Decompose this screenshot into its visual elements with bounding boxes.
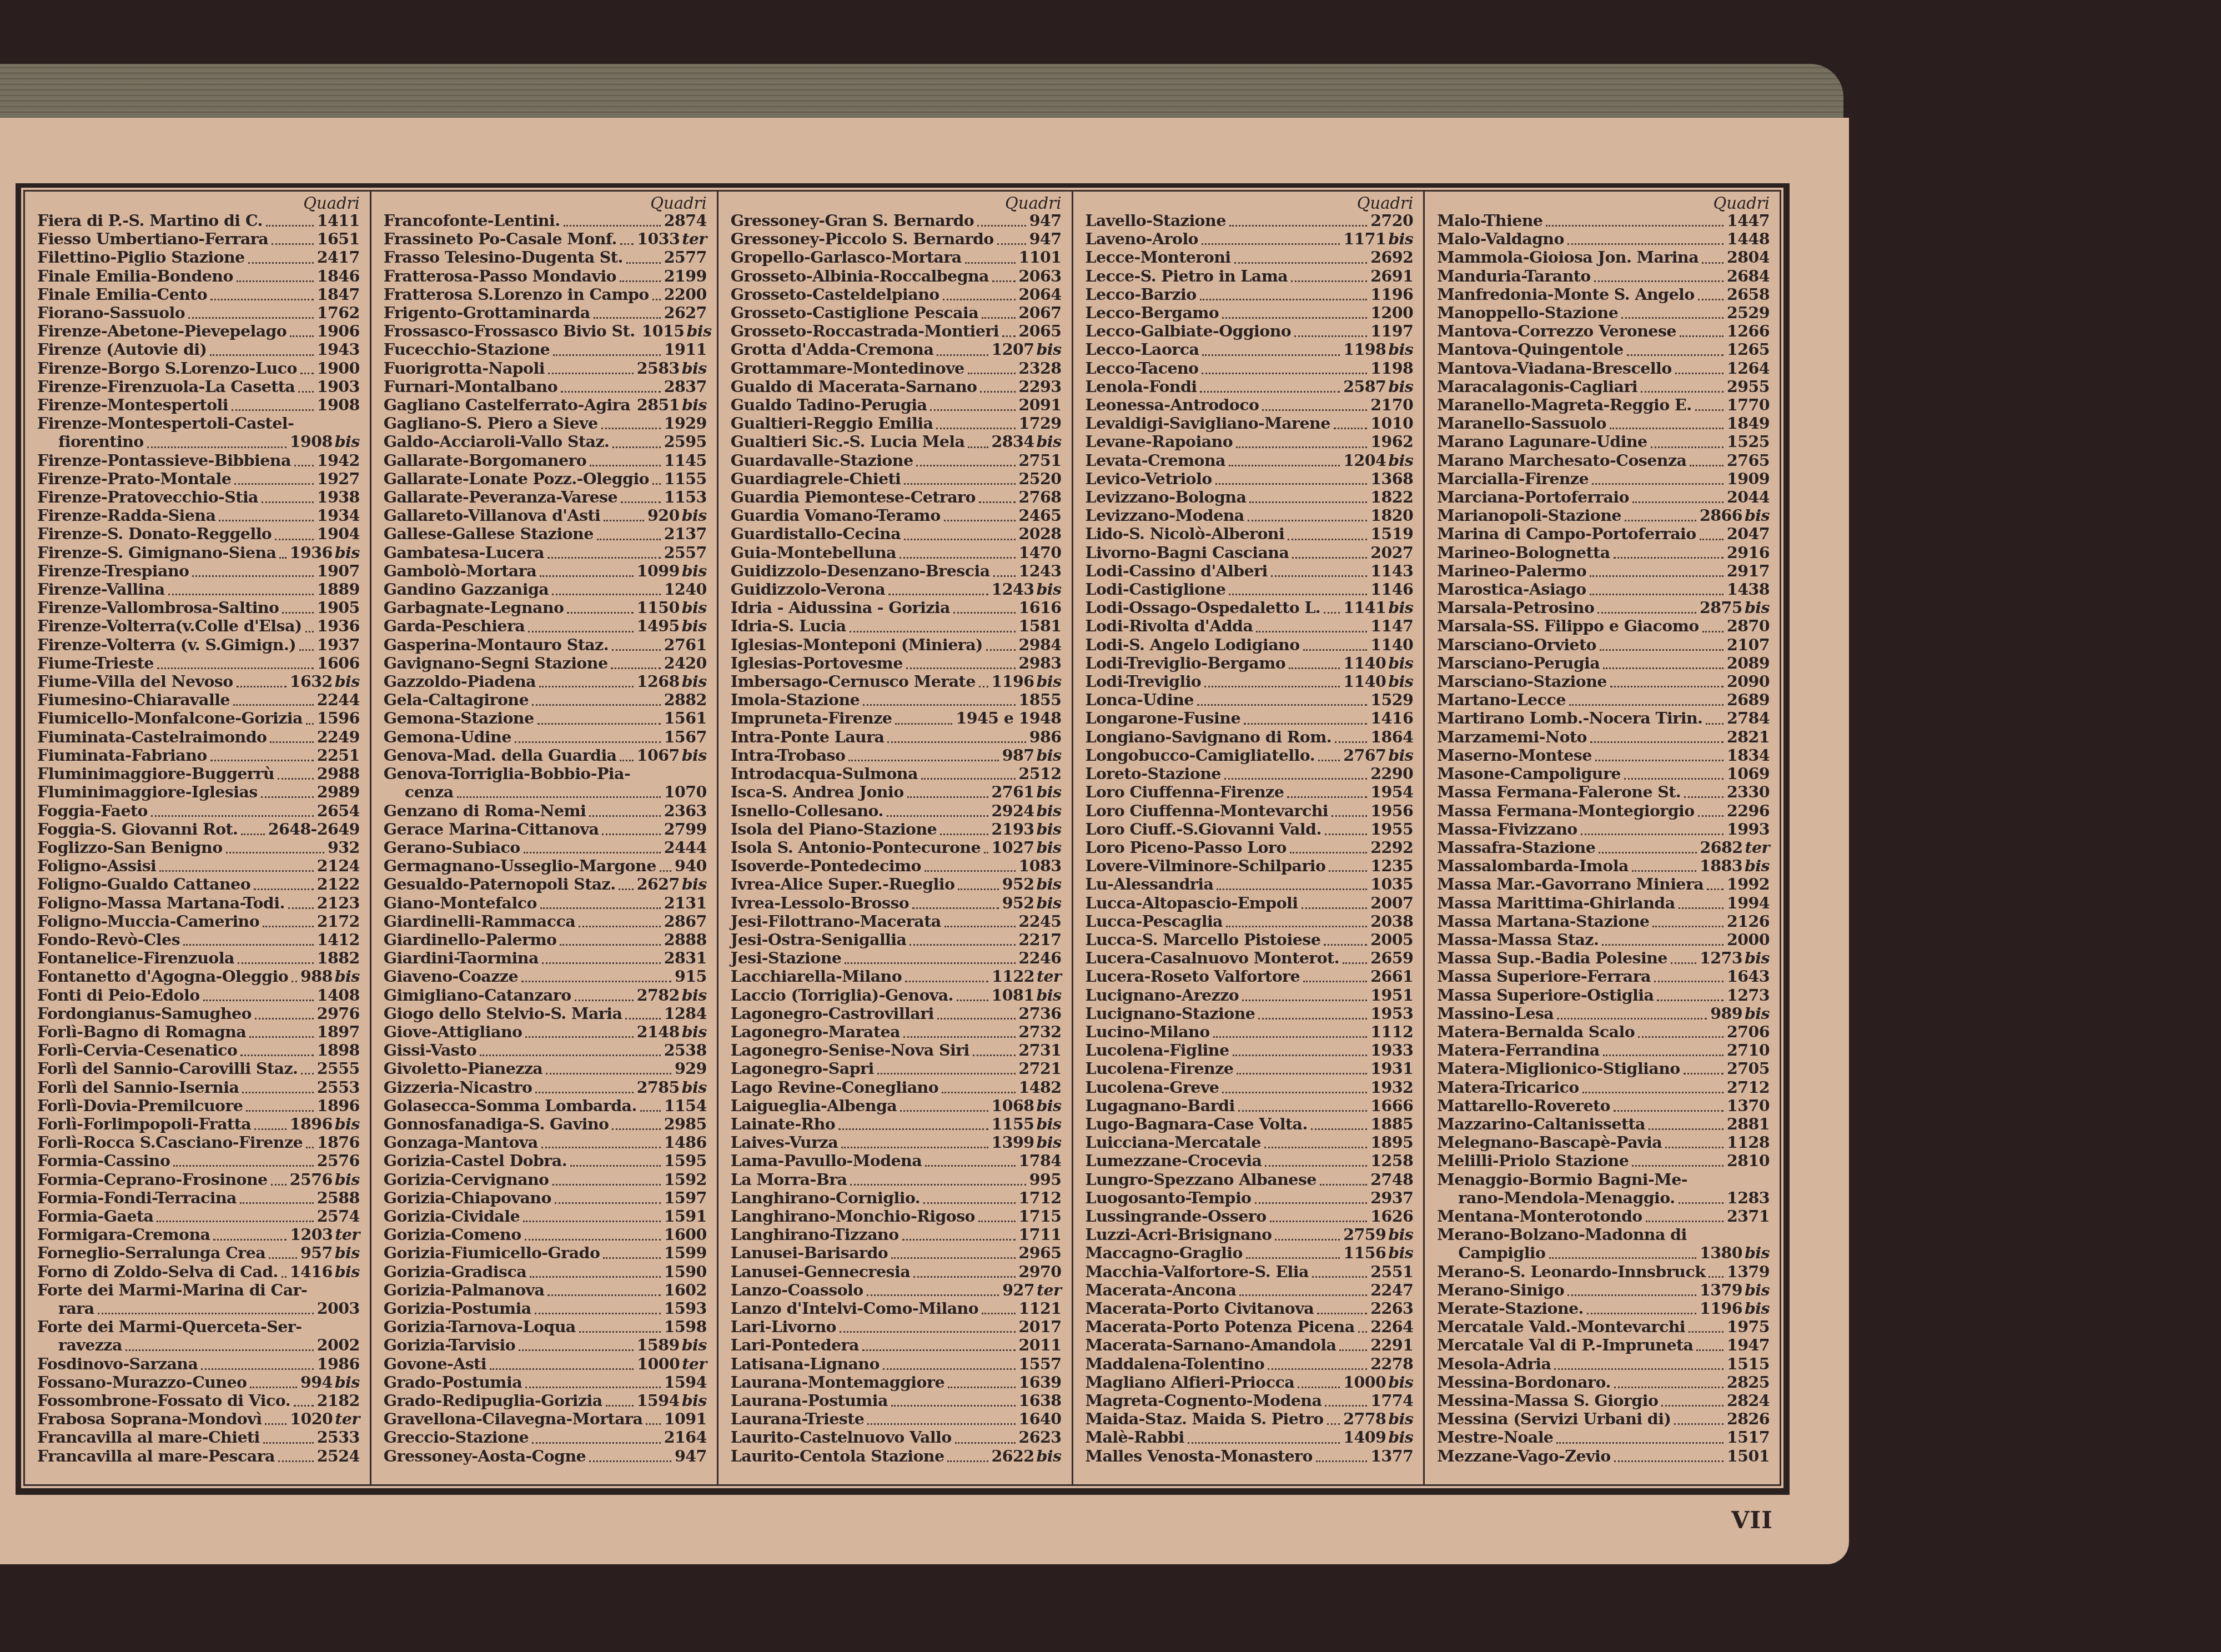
dot-leader	[895, 723, 952, 725]
dot-leader	[1292, 557, 1367, 559]
table-number: 1898	[317, 1041, 360, 1060]
table-number-value: 2583	[637, 359, 680, 378]
table-number-value: 2736	[1019, 1004, 1062, 1023]
index-entry: Fossano-Murazzo-Cuneo994bis	[37, 1373, 360, 1392]
index-column-4: QuadriLavello-Stazione2720Laveno-Arolo11…	[1073, 192, 1425, 1484]
dot-leader	[867, 1294, 999, 1296]
table-number-value: 1258	[1370, 1151, 1413, 1170]
table-number-value: 1975	[1727, 1317, 1770, 1336]
route-name: Lucignano-Stazione	[1086, 1005, 1255, 1023]
table-number: 2870	[1727, 617, 1770, 635]
index-entry: Marina di Campo-Portoferraio2047	[1437, 525, 1770, 543]
index-entry: Laives-Vurza1399bis	[731, 1133, 1062, 1152]
table-number-value: 2824	[1727, 1391, 1770, 1410]
index-entry: Giaveno-Coazze915	[384, 967, 707, 986]
table-number-suffix: bis	[1388, 229, 1413, 248]
dot-leader	[1709, 1276, 1723, 1278]
dot-leader	[912, 907, 999, 909]
route-name: Gimigliano-Catanzaro	[384, 986, 571, 1005]
index-entry: Mammola-Gioiosa Jon. Marina2804	[1437, 248, 1770, 267]
route-name: Manoppello-Stazione	[1437, 304, 1618, 322]
table-number: 1370	[1727, 1097, 1770, 1115]
dot-leader	[838, 1128, 988, 1130]
dot-leader	[1698, 815, 1723, 817]
table-number-suffix: bis	[335, 1373, 360, 1392]
table-number-value: 1934	[317, 506, 360, 525]
table-number-value: 2834	[992, 432, 1034, 451]
dot-leader	[525, 1239, 661, 1241]
table-number-value: 2924	[992, 801, 1034, 820]
table-number-value: 1943	[317, 340, 360, 359]
table-number: 1715	[1019, 1207, 1062, 1226]
dot-leader	[1557, 1018, 1707, 1020]
table-number: 2107	[1727, 636, 1770, 654]
index-entry: Gonnosfanadiga-S. Gavino2985	[384, 1115, 707, 1133]
dot-leader	[1707, 888, 1723, 890]
dot-leader	[979, 501, 1016, 503]
table-number: 1962	[1370, 433, 1413, 451]
route-name: Masone-Campoligure	[1437, 765, 1621, 783]
index-entry: Forlì-Forlimpopoli-Fratta1896bis	[37, 1115, 360, 1133]
route-name: Firenze-S. Donato-Reggello	[37, 525, 272, 543]
index-entry: Lucca-Pescaglia2038	[1086, 912, 1414, 931]
index-entry: Guardavalle-Stazione2751	[731, 451, 1062, 470]
dot-leader	[1329, 870, 1367, 872]
index-entry: Massa Fermana-Falerone St.2330	[1437, 783, 1770, 801]
table-number: 947	[675, 1447, 707, 1465]
table-number-suffix: ter	[335, 1409, 360, 1428]
route-name: Impruneta-Firenze	[731, 709, 892, 727]
table-number-value: 2661	[1370, 967, 1413, 986]
route-name: Guardistallo-Cecina	[731, 525, 901, 543]
table-number-value: 2595	[664, 432, 707, 451]
table-number: 2063	[1019, 267, 1062, 285]
dot-leader	[1671, 962, 1696, 964]
index-entry: Firenze-Volterra(v.Colle d'Elsa)1936	[37, 617, 360, 635]
table-number-value: 2804	[1727, 248, 1770, 267]
index-entry: Guardiagrele-Chieti2520	[731, 470, 1062, 488]
route-name: Forno di Zoldo-Selva di Cad.	[37, 1263, 278, 1281]
index-column-1: QuadriFiera di P.-S. Martino di C.1411Fi…	[25, 192, 371, 1484]
route-name: Mercatale Val di P.-Impruneta	[1437, 1336, 1693, 1354]
index-entry: Garbagnate-Legnano1150bis	[384, 599, 707, 617]
table-number-value: 2821	[1727, 727, 1770, 746]
table-number-value: 2784	[1727, 709, 1770, 727]
table-number: 1640	[1019, 1410, 1062, 1428]
route-name: Genzano di Roma-Nemi	[384, 802, 586, 820]
dot-leader	[1334, 428, 1368, 429]
table-number-value: 2245	[1019, 912, 1062, 931]
table-number: 1774	[1370, 1392, 1413, 1410]
table-number-value: 987	[1002, 746, 1034, 765]
route-name: Firenze-Pontassieve-Bibbiena	[37, 451, 291, 470]
dot-leader	[1661, 1405, 1723, 1407]
index-entry: Forte dei Marmi-Marina di Car-	[37, 1281, 360, 1299]
index-entry: Marianopoli-Stazione2866bis	[1437, 506, 1770, 525]
table-number-suffix: bis	[682, 506, 707, 525]
index-entry: Lago Revine-Conegliano1482	[731, 1078, 1062, 1097]
dot-leader	[1289, 667, 1340, 669]
route-name: Greccio-Stazione	[384, 1428, 529, 1447]
table-number: 1268bis	[637, 672, 707, 691]
index-entry: Guia-Montebelluna1470	[731, 544, 1062, 562]
route-name: Fossombrone-Fossato di Vico.	[37, 1392, 290, 1410]
index-entry: Firenze-Firenzuola-La Casetta1903	[37, 378, 360, 396]
table-number-value: 2684	[1727, 267, 1770, 285]
route-name: Formia-Cassino	[37, 1152, 170, 1170]
table-number: 2874	[664, 212, 707, 230]
table-number: 1153	[664, 488, 707, 506]
dot-leader	[1324, 944, 1367, 946]
table-number-value: 2985	[664, 1114, 707, 1133]
index-entry: Forlì del Sannio-Isernia2553	[37, 1078, 360, 1097]
dot-leader	[255, 1018, 314, 1020]
index-entry: Maserno-Montese1834	[1437, 746, 1770, 765]
route-name: Loro Ciuff.-S.Giovanni Vald.	[1086, 820, 1321, 838]
table-number: 1947	[1727, 1336, 1770, 1354]
dot-leader	[1689, 1331, 1723, 1333]
route-name: Firenze-Montespertoli	[37, 396, 228, 414]
dot-leader	[232, 409, 314, 411]
index-entry: Firenze-Prato-Montale1927	[37, 470, 360, 488]
route-name: Matera-Tricarico	[1437, 1078, 1579, 1097]
index-entry: Giardini-Taormina2831	[384, 949, 707, 967]
dot-leader	[1275, 1239, 1340, 1241]
table-number-value: 2363	[664, 801, 707, 820]
index-entry: Gagliano Castelferrato-Agira2851bis	[384, 396, 707, 414]
table-number: 2768	[1019, 488, 1062, 506]
index-entry: Mantova-Viadana-Brescello1264	[1437, 359, 1770, 378]
index-entry: Messina-Massa S. Giorgio2824	[1437, 1392, 1770, 1410]
index-entry: Formia-Gaeta2574	[37, 1207, 360, 1226]
index-entry: Forneglio-Serralunga Crea957bis	[37, 1244, 360, 1262]
index-entry: Merano-Sinigo1379bis	[1437, 1281, 1770, 1299]
index-entry: Lagonegro-Sapri2721	[731, 1060, 1062, 1078]
index-entry: Guidizzolo-Verona1243bis	[731, 580, 1062, 599]
dot-leader	[909, 944, 1015, 946]
table-number-value: 1207	[992, 340, 1034, 359]
dot-leader	[535, 1092, 634, 1093]
index-entry: Campiglio1380bis	[1437, 1244, 1770, 1262]
index-entry: Genova-Mad. della Guardia1067bis	[384, 746, 707, 765]
dot-leader	[930, 409, 1015, 411]
dot-leader	[535, 1313, 661, 1314]
index-entry: Guidizzolo-Desenzano-Brescia1243	[731, 562, 1062, 580]
dot-leader	[936, 428, 1015, 429]
table-number: 2712	[1727, 1078, 1770, 1097]
index-entry: Maccagno-Graglio1156bis	[1086, 1244, 1414, 1262]
table-number-suffix: ter	[682, 1354, 707, 1373]
dot-leader	[1556, 1442, 1723, 1444]
table-number: 1243	[1019, 562, 1062, 580]
index-entry: Foggia-S. Giovanni Rot.2648-2649	[37, 820, 360, 838]
table-number: 1171bis	[1343, 230, 1413, 248]
route-name: Macerata-Porto Potenza Picena	[1086, 1318, 1355, 1336]
index-entry: Mercatale Vald.-Montevarchi1975	[1437, 1318, 1770, 1336]
index-entry: Gimigliano-Catanzaro2782bis	[384, 986, 707, 1005]
dot-leader	[288, 907, 314, 909]
route-name: Lugo-Bagnara-Case Volta.	[1086, 1115, 1308, 1133]
index-entry: rara2003	[37, 1299, 360, 1318]
table-number-value: 2199	[664, 267, 707, 285]
index-entry: Fontanelice-Firenzuola1882	[37, 949, 360, 967]
table-number: 2761	[664, 636, 707, 654]
table-number: 1200	[1370, 304, 1413, 322]
table-number-value: 2067	[1019, 303, 1062, 322]
table-number: 1235	[1370, 857, 1413, 875]
dot-leader	[242, 1092, 313, 1093]
table-number-value: 1942	[317, 451, 360, 470]
index-entry: Lussingrande-Ossero1626	[1086, 1207, 1414, 1226]
table-number-value: 1898	[317, 1041, 360, 1060]
dot-leader	[1302, 907, 1368, 909]
route-name: Firenze-Trespiano	[37, 562, 189, 580]
index-entry: Gressoney-Piccolo S. Bernardo947	[731, 230, 1062, 248]
route-name: Lagonegro-Castrovillari	[731, 1005, 934, 1023]
table-number-value: 1070	[664, 782, 707, 801]
dot-leader	[1569, 704, 1723, 706]
table-number: 1399bis	[992, 1133, 1062, 1152]
dot-leader	[1603, 1055, 1723, 1056]
table-number: 1591	[664, 1207, 707, 1226]
dot-leader	[1632, 870, 1696, 872]
table-number-value: 2200	[664, 285, 707, 304]
dot-leader	[1290, 852, 1368, 853]
index-table: QuadriFiera di P.-S. Martino di C.1411Fi…	[23, 190, 1781, 1486]
route-name: Formigara-Cremona	[37, 1226, 210, 1244]
route-name: Lama-Pavullo-Modena	[731, 1152, 922, 1170]
table-number: 1567	[664, 728, 707, 746]
index-entry: Firenze-Vallina1889	[37, 580, 360, 599]
dot-leader	[891, 1257, 1015, 1259]
table-number: 1561	[664, 709, 707, 727]
table-number-value: 2870	[1727, 616, 1770, 635]
dot-leader	[246, 1110, 313, 1112]
table-number: 1606	[317, 654, 360, 672]
dot-leader	[250, 1387, 297, 1388]
route-name: Giove-Attigliano	[384, 1023, 522, 1041]
table-number-value: 1154	[664, 1096, 707, 1115]
index-entry: Lucca-Altopascio-Empoli2007	[1086, 894, 1414, 912]
index-entry: Firenze-Pontassieve-Bibbiena1942	[37, 451, 360, 470]
dot-leader	[254, 888, 314, 890]
table-number-suffix: bis	[682, 561, 707, 580]
table-number-suffix: bis	[1037, 746, 1062, 765]
index-entry: Levata-Cremona1204bis	[1086, 451, 1414, 470]
dot-leader	[1264, 1147, 1368, 1148]
dot-leader	[290, 335, 314, 337]
route-name: Guardia Vomano-Teramo	[731, 506, 941, 525]
table-number-value: 2759	[1343, 1225, 1386, 1244]
table-number: 1909	[1727, 470, 1770, 488]
table-number: 1416bis	[290, 1263, 360, 1281]
table-number: 2955	[1727, 378, 1770, 396]
route-name: Gorizia-Cividale	[384, 1207, 520, 1226]
route-name: Fondo-Revò-Cles	[37, 931, 180, 949]
table-number: 2710	[1727, 1041, 1770, 1060]
route-name: Fiumesino-Chiaravalle	[37, 691, 230, 709]
index-entry: Gerace Marina-Cittanova2799	[384, 820, 707, 838]
table-number-value: 1666	[1370, 1096, 1413, 1115]
index-entry: Fiuminata-Castelraimondo2249	[37, 728, 360, 746]
table-number: 1411	[317, 212, 360, 230]
dot-leader	[1268, 1368, 1367, 1370]
route-name: Genova-Torriglia-Bobbio-Pia-	[384, 765, 630, 783]
dot-leader	[1665, 1147, 1723, 1148]
table-number: 2003	[317, 1299, 360, 1318]
route-name: Firenze-Vallina	[37, 580, 165, 599]
table-number-value: 1651	[317, 229, 360, 248]
index-entry: Marcialla-Firenze1909	[1437, 470, 1770, 488]
route-name: Lucolena-Firenze	[1086, 1060, 1234, 1078]
table-number-value: 2837	[664, 377, 707, 396]
route-name: Gropello-Garlasco-Mortara	[731, 248, 962, 267]
dot-leader	[541, 1147, 661, 1148]
index-entry: Longiano-Savignano di Rom.1864	[1086, 728, 1414, 746]
route-name: Marciana-Portoferraio	[1437, 488, 1629, 506]
route-name: Messina-Bordonaro.	[1437, 1373, 1611, 1392]
route-name: Formia-Gaeta	[37, 1207, 153, 1226]
dot-leader	[982, 317, 1016, 319]
table-number: 1240	[664, 580, 707, 599]
table-number-suffix: bis	[1037, 432, 1062, 451]
table-number-value: 2003	[317, 1299, 360, 1318]
route-name: Frabosa Soprana-Mondovì	[37, 1410, 262, 1428]
index-entry: Mantova-Correzzo Veronese1266	[1437, 322, 1770, 340]
table-number-value: 927	[1002, 1281, 1034, 1299]
route-name: Firenze-Prato-Montale	[37, 470, 231, 488]
dot-leader	[1002, 335, 1016, 337]
table-number: 1938	[317, 488, 360, 506]
route-name: Merate-Stazione.	[1437, 1299, 1584, 1318]
dot-leader	[924, 870, 1016, 872]
route-name: Laurana-Trieste	[731, 1410, 864, 1428]
table-number-value: 1598	[664, 1317, 707, 1336]
table-number-value: 2917	[1727, 561, 1770, 580]
route-name: Lungro-Spezzano Albanese	[1086, 1171, 1316, 1189]
dot-leader	[902, 1239, 1016, 1241]
dot-leader	[201, 1368, 314, 1370]
table-number-suffix: bis	[1037, 838, 1062, 857]
dot-leader	[968, 373, 1016, 374]
index-entry: Gallarate-Borgomanero1145	[384, 451, 707, 470]
table-number-suffix: bis	[1388, 340, 1413, 359]
dot-leader	[151, 815, 314, 817]
index-entry: Fosdinovo-Sarzana1986	[37, 1355, 360, 1373]
index-entry: Furnari-Montalbano2837	[384, 378, 707, 396]
dot-leader	[611, 667, 660, 669]
table-number-value: 2007	[1370, 893, 1413, 912]
route-name: Foligno-Assisi	[37, 857, 156, 875]
route-name: Lecce-Monteroni	[1086, 248, 1231, 267]
dot-leader	[300, 373, 314, 374]
dot-leader	[1242, 1000, 1367, 1001]
table-number-suffix: bis	[1037, 820, 1062, 838]
table-number-value: 2000	[1727, 930, 1770, 949]
table-number-value: 2937	[1370, 1188, 1413, 1207]
table-number-value: 1897	[317, 1022, 360, 1041]
index-entry: Fucecchio-Stazione1911	[384, 340, 707, 359]
table-number-value: 995	[1029, 1170, 1062, 1189]
dot-leader	[532, 1442, 661, 1444]
table-number-value: 2264	[1370, 1317, 1413, 1336]
index-entry: Marineo-Bolognetta2916	[1437, 544, 1770, 562]
table-number-value: 2767	[1343, 746, 1386, 765]
table-number: 1203ter	[290, 1226, 359, 1244]
table-number: 2005	[1370, 931, 1413, 949]
index-column-2: QuadriFrancofonte-Lentini.2874Frassineto…	[371, 192, 718, 1484]
table-number-value: 1379	[1727, 1262, 1770, 1281]
dot-leader	[234, 483, 314, 485]
route-name: Lecco-Barzio	[1086, 285, 1197, 304]
index-entry: Lodi-Treviglio-Bergamo1140bis	[1086, 654, 1414, 672]
table-number: 2627bis	[637, 875, 707, 893]
route-name: Massa Mar.-Gavorrano Miniera	[1437, 875, 1704, 893]
index-entry: Lanzo d'Intelvi-Como-Milano1121	[731, 1299, 1062, 1318]
table-number-value: 1929	[664, 414, 707, 433]
table-number: 1712	[1019, 1189, 1062, 1207]
route-name: Foligno-Gualdo Cattaneo	[37, 875, 250, 893]
table-number: 1517	[1727, 1428, 1770, 1447]
table-number: 929	[675, 1060, 707, 1078]
table-number: 2888	[664, 931, 707, 949]
index-entry: Formia-Fondi-Terracina2588	[37, 1189, 360, 1207]
table-number: 1196	[1370, 285, 1413, 304]
dot-leader	[1680, 335, 1723, 337]
index-entry: Gorizia-Cividale1591	[384, 1207, 707, 1226]
index-entry: Fuorigrotta-Napoli2583bis	[384, 359, 707, 378]
route-name: Marineo-Palermo	[1437, 562, 1586, 580]
index-entry: Macerata-Ancona2247	[1086, 1281, 1414, 1299]
table-number: 2732	[1019, 1023, 1062, 1041]
table-number: 2164	[664, 1428, 707, 1447]
table-number-value: 1099	[637, 561, 680, 580]
dot-leader	[589, 1460, 671, 1462]
table-number-suffix: ter	[682, 229, 707, 248]
route-name: Gressoney-Piccolo S. Bernardo	[731, 230, 994, 248]
dot-leader	[1331, 815, 1367, 817]
index-entry: Levizzano-Modena1820	[1086, 506, 1414, 525]
route-name: Martirano Lomb.-Nocera Tirin.	[1437, 709, 1702, 727]
dot-leader	[997, 243, 1026, 245]
table-number-value: 1846	[317, 267, 360, 285]
dot-leader	[192, 575, 313, 577]
table-number: 2170	[1370, 396, 1413, 414]
table-number-value: 1519	[1370, 524, 1413, 543]
dot-leader	[275, 539, 314, 540]
table-number: 1140	[1370, 636, 1413, 654]
dot-leader	[1698, 299, 1723, 300]
dot-leader	[589, 815, 661, 817]
table-number-value: 2778	[1343, 1409, 1386, 1428]
index-entry: Laigueglia-Albenga1068bis	[731, 1097, 1062, 1115]
route-name: Marano Marchesato-Cosenza	[1437, 451, 1686, 470]
table-number-suffix: bis	[1388, 672, 1413, 691]
route-name: Merano-S. Leonardo-Innsbruck	[1437, 1263, 1705, 1281]
index-entry: Marsciano-Stazione2090	[1437, 672, 1770, 691]
dot-leader	[619, 888, 633, 890]
route-name: Gorizia-Palmanova	[384, 1281, 545, 1299]
index-entry: Luicciana-Mercatale1895	[1086, 1133, 1414, 1152]
route-name: Gallareto-Villanova d'Asti	[384, 506, 600, 525]
table-number: 2044	[1727, 488, 1770, 506]
route-name: Firenze-Borgo S.Lorenzo-Luco	[37, 359, 297, 378]
table-number: 994bis	[300, 1373, 360, 1392]
table-number-suffix: bis	[682, 1078, 707, 1097]
route-name: Lanzo-Coassolo	[731, 1281, 863, 1299]
index-table-frame: QuadriFiera di P.-S. Martino di C.1411Fi…	[16, 183, 1790, 1495]
route-name: Laurana-Montemaggiore	[731, 1373, 944, 1392]
